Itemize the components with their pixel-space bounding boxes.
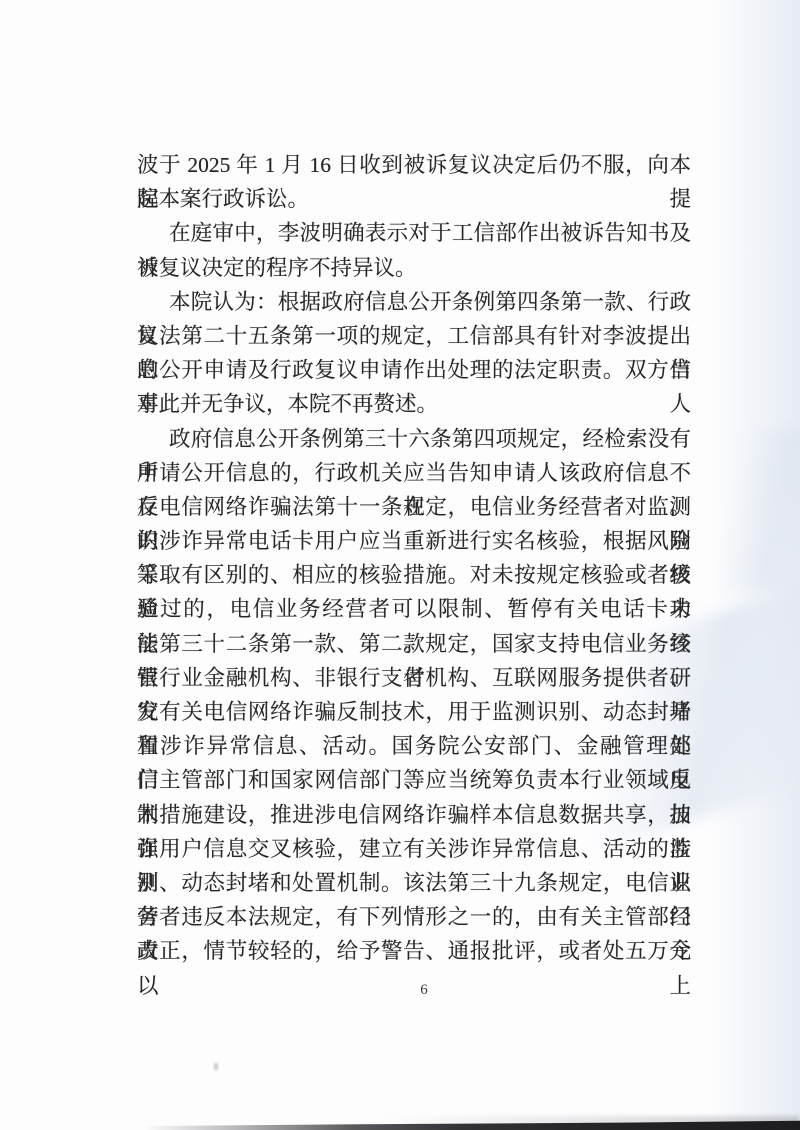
scan-bottom-edge	[0, 1120, 800, 1130]
scan-shading-streak	[700, 430, 800, 590]
text-line: 在庭审中，李波明确表示对于工信部作出被诉告知书及被	[137, 216, 691, 250]
text-line: 采取有区别的、相应的核验措施。对未按规定核验或者核验未	[137, 558, 691, 592]
scan-speck	[214, 1063, 218, 1070]
text-line: 的涉诈异常电话卡用户应当重新进行实名核验，根据风险等级	[137, 524, 691, 558]
text-line: 本院认为：根据政府信息公开条例第四条第一款、行政复	[137, 285, 691, 319]
text-line: 改正，情节较轻的，给予警告、通报批评，或者处五万元以上	[137, 934, 691, 968]
text-line: 术措施建设，推进涉电信网络诈骗样本信息数据共享，加强涉	[137, 798, 691, 832]
text-line: 政府信息公开条例第三十六条第四项规定，经检索没有所	[137, 422, 691, 456]
scan-edge-tint	[710, 0, 800, 1130]
text-line: 反电信网络诈骗法第十一条规定，电信业务经营者对监测识别	[137, 490, 691, 524]
text-line: 息公开申请及行政复议申请作出处理的法定职责。双方当事人	[137, 353, 691, 387]
text-line: 波于 2025 年 1 月 16 日收到被诉复议决定后仍不服，向本院提	[137, 148, 691, 182]
text-line: 营者违反本法规定，有下列情形之一的，由有关主管部门责令	[137, 900, 691, 934]
text-line: 通过的，电信业务经营者可以限制、暂停有关电话卡功能。该	[137, 592, 691, 626]
text-line: 法第三十二条第一款、第二款规定，国家支持电信业务经营者、	[137, 627, 691, 661]
text-line: 申请公开信息的，行政机关应当告知申请人该政府信息不存在。	[137, 456, 691, 490]
text-line: 发有关电信网络诈骗反制技术，用于监测识别、动态封堵和处	[137, 695, 691, 729]
text-line: 诉复议决定的程序不持异议。	[137, 251, 691, 285]
judgment-body-text: 波于 2025 年 1 月 16 日收到被诉复议决定后仍不服，向本院提 起本案行…	[137, 148, 691, 969]
text-line: 银行业金融机构、非银行支付机构、互联网服务提供者研究开	[137, 661, 691, 695]
text-line: 置涉诈异常信息、活动。国务院公安部门、金融管理部门、电	[137, 729, 691, 763]
text-line: 诈用户信息交叉核验，建立有关涉诈异常信息、活动的监测识	[137, 832, 691, 866]
text-line: 议法第二十五条第一项的规定，工信部具有针对李波提出的信	[137, 319, 691, 353]
scanned-document-page: 波于 2025 年 1 月 16 日收到被诉复议决定后仍不服，向本院提 起本案行…	[0, 0, 800, 1130]
text-line: 信主管部门和国家网信部门等应当统筹负责本行业领域反制技	[137, 763, 691, 797]
page-number: 6	[24, 982, 800, 999]
text-line: 别、动态封堵和处置机制。该法第三十九条规定，电信业务经	[137, 866, 691, 900]
